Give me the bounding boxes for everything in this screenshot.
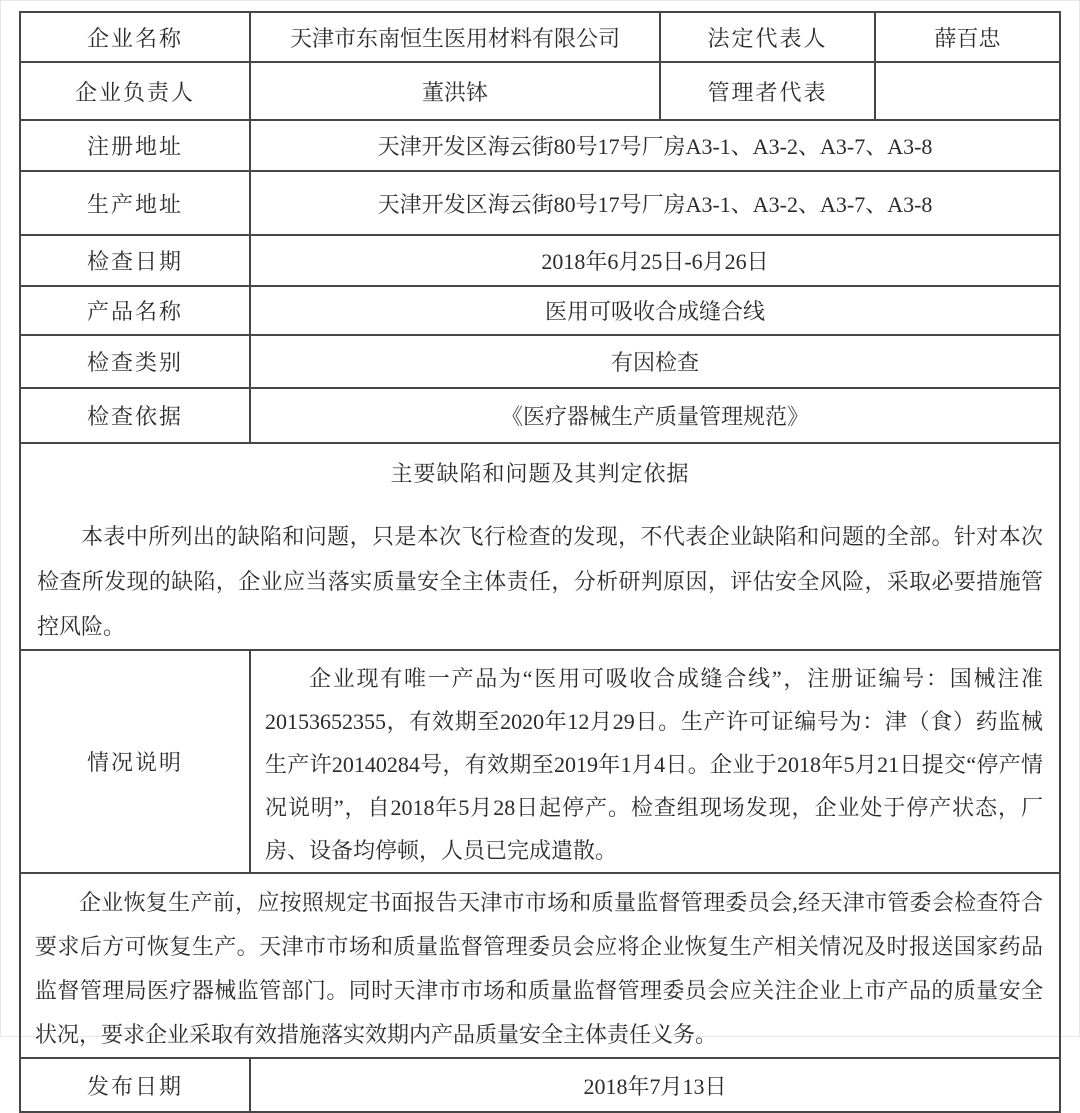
product-name-label: 产品名称 [20, 286, 250, 335]
inspection-date-value: 2018年6月25日-6月26日 [250, 235, 1060, 286]
enterprise-head-label: 企业负责人 [20, 62, 250, 120]
registered-address-label: 注册地址 [20, 120, 250, 171]
publish-date-value: 2018年7月13日 [250, 1058, 1060, 1112]
enterprise-name-label: 企业名称 [20, 12, 250, 62]
enterprise-head-value: 董洪钵 [250, 62, 660, 120]
product-name-value: 医用可吸收合成缝合线 [250, 286, 1060, 335]
situation-text: 企业现有唯一产品为“医用可吸收合成缝合线”，注册证编号：国械注准20153652… [251, 651, 1059, 872]
legal-representative-label: 法定代表人 [660, 12, 875, 62]
inspection-category-value: 有因检查 [250, 335, 1060, 388]
inspection-basis-label: 检查依据 [20, 388, 250, 443]
publish-date-label: 发布日期 [20, 1058, 250, 1112]
table-row: 产品名称 医用可吸收合成缝合线 [20, 286, 1060, 335]
defects-section-cell: 主要缺陷和问题及其判定依据 本表中所列出的缺陷和问题，只是本次飞行检查的发现，不… [20, 443, 1060, 650]
recovery-note-cell: 企业恢复生产前，应按照规定书面报告天津市市场和质量监督管理委员会,经天津市管委会… [20, 873, 1060, 1058]
production-address-value: 天津开发区海云街80号17号厂房A3-1、A3-2、A3-7、A3-8 [250, 171, 1060, 235]
registered-address-value: 天津开发区海云街80号17号厂房A3-1、A3-2、A3-7、A3-8 [250, 120, 1060, 171]
table-row: 情况说明 企业现有唯一产品为“医用可吸收合成缝合线”，注册证编号：国械注准201… [20, 650, 1060, 873]
table-row: 检查类别 有因检查 [20, 335, 1060, 388]
defects-section-title: 主要缺陷和问题及其判定依据 [21, 461, 1059, 487]
inspection-basis-value: 《医疗器械生产质量管理规范》 [250, 388, 1060, 443]
table-row: 检查日期 2018年6月25日-6月26日 [20, 235, 1060, 286]
recovery-note-text: 企业恢复生产前，应按照规定书面报告天津市市场和质量监督管理委员会,经天津市管委会… [21, 874, 1059, 1057]
table-row: 发布日期 2018年7月13日 [20, 1058, 1060, 1112]
document-page: 企业名称 天津市东南恒生医用材料有限公司 法定代表人 薛百忠 企业负责人 董洪钵… [0, 0, 1080, 1037]
table-row: 检查依据 《医疗器械生产质量管理规范》 [20, 388, 1060, 443]
table-row: 主要缺陷和问题及其判定依据 本表中所列出的缺陷和问题，只是本次飞行检查的发现，不… [20, 443, 1060, 650]
table-row: 注册地址 天津开发区海云街80号17号厂房A3-1、A3-2、A3-7、A3-8 [20, 120, 1060, 171]
table-row: 企业恢复生产前，应按照规定书面报告天津市市场和质量监督管理委员会,经天津市管委会… [20, 873, 1060, 1058]
production-address-label: 生产地址 [20, 171, 250, 235]
defects-section-body: 本表中所列出的缺陷和问题，只是本次飞行检查的发现，不代表企业缺陷和问题的全部。针… [21, 514, 1059, 649]
management-representative-label: 管理者代表 [660, 62, 875, 120]
table-row: 企业名称 天津市东南恒生医用材料有限公司 法定代表人 薛百忠 [20, 12, 1060, 62]
inspection-category-label: 检查类别 [20, 335, 250, 388]
management-representative-value [875, 62, 1060, 120]
inspection-report-table: 企业名称 天津市东南恒生医用材料有限公司 法定代表人 薛百忠 企业负责人 董洪钵… [19, 11, 1061, 1113]
inspection-date-label: 检查日期 [20, 235, 250, 286]
enterprise-name-value: 天津市东南恒生医用材料有限公司 [250, 12, 660, 62]
situation-cell: 企业现有唯一产品为“医用可吸收合成缝合线”，注册证编号：国械注准20153652… [250, 650, 1060, 873]
situation-label: 情况说明 [20, 650, 250, 873]
legal-representative-value: 薛百忠 [875, 12, 1060, 62]
table-row: 企业负责人 董洪钵 管理者代表 [20, 62, 1060, 120]
table-row: 生产地址 天津开发区海云街80号17号厂房A3-1、A3-2、A3-7、A3-8 [20, 171, 1060, 235]
